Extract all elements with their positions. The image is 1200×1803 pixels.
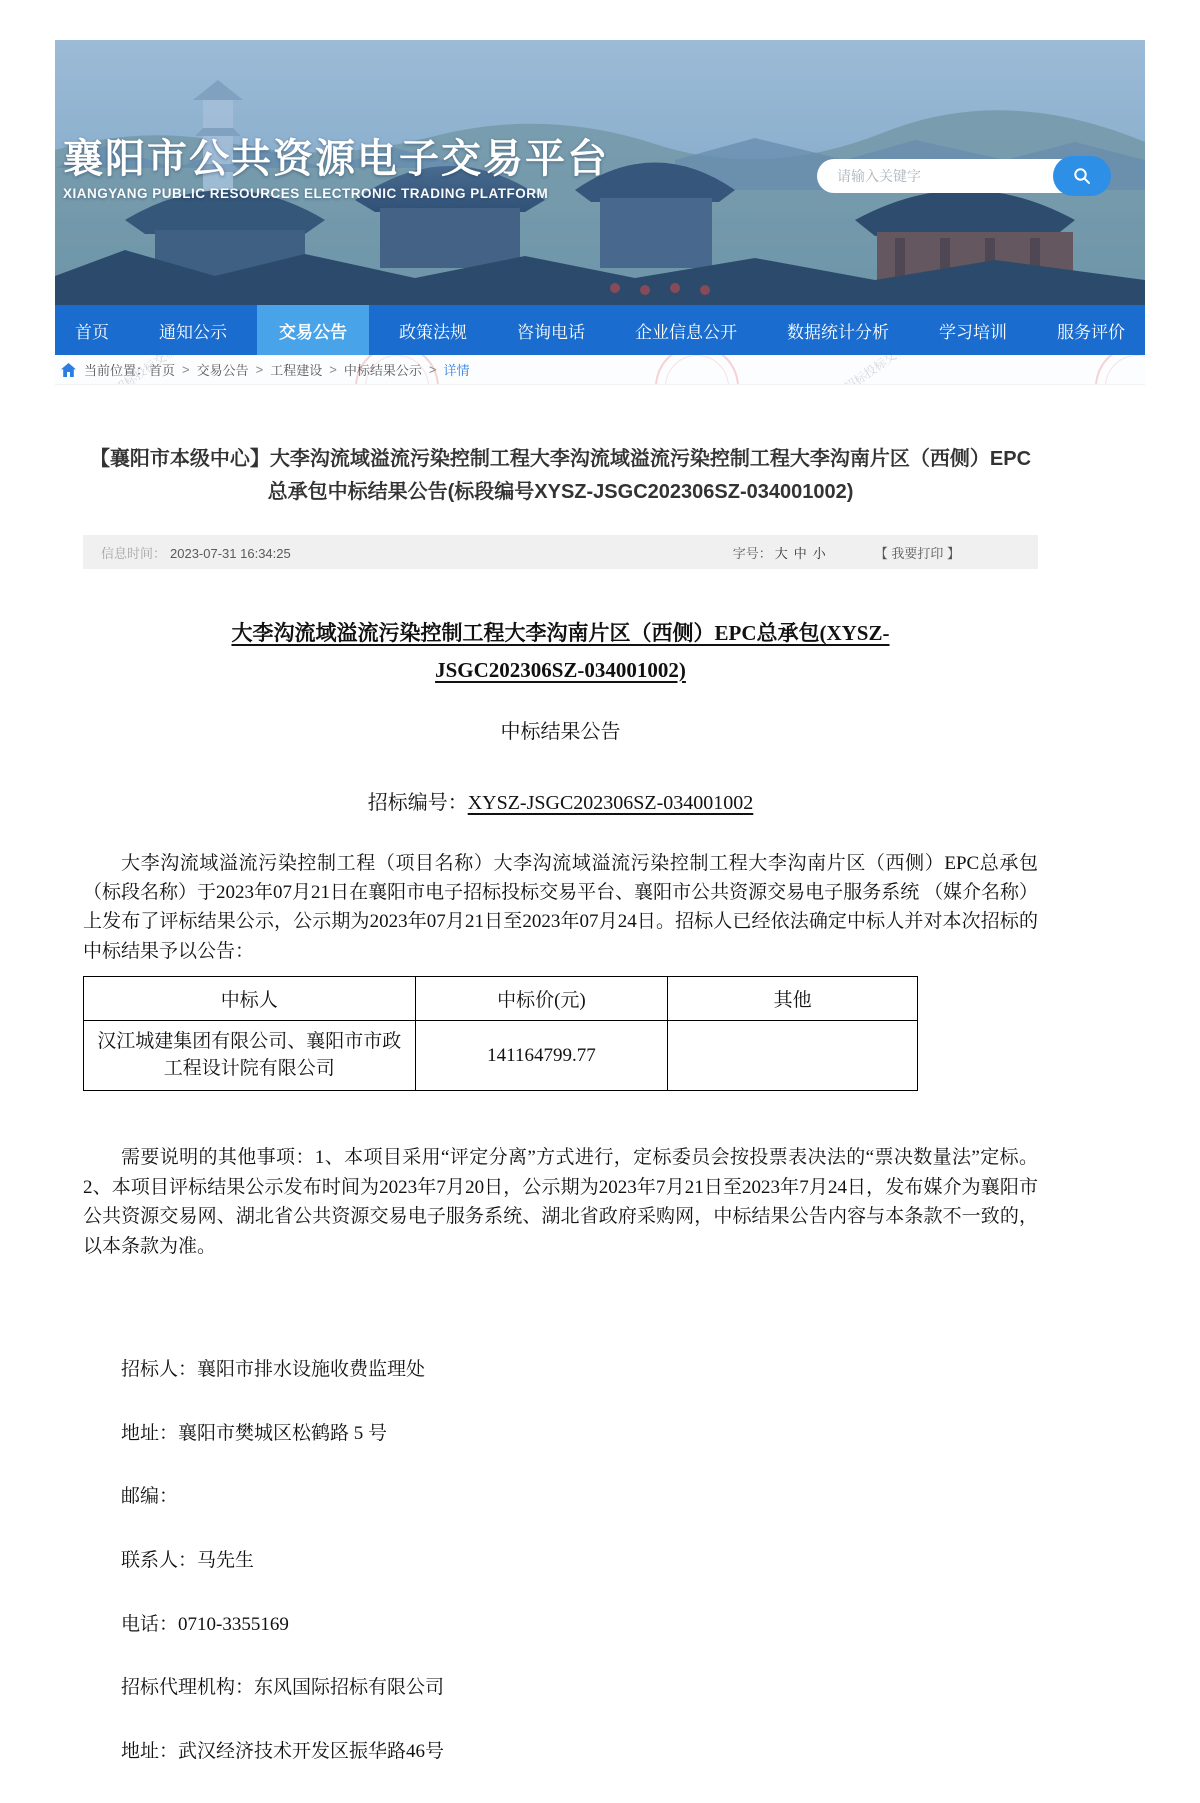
breadcrumb-item-detail[interactable]: 详情: [443, 360, 469, 379]
contact-agency-address: 地址：武汉经济技术开发区振华路46号: [83, 1739, 1038, 1765]
doc-subheading: 中标结果公告: [83, 715, 1038, 744]
font-size-small-button[interactable]: 小: [813, 543, 826, 562]
nav-item-home[interactable]: 首页: [55, 305, 129, 355]
nav-spacer: [1027, 305, 1037, 355]
winning-price-cell: 141164799.77: [415, 1021, 668, 1091]
meta-bar: 信息时间：2023-07-31 16:34:25 字号： 大 中 小 【 我要打…: [83, 535, 1038, 569]
bid-number-label: 招标编号：: [368, 792, 468, 814]
nav-spacer: [605, 305, 615, 355]
breadcrumb-item-engineering[interactable]: 工程建设: [270, 360, 322, 379]
table-header-row: 中标人 中标价(元) 其他: [84, 977, 918, 1021]
nav-spacer: [369, 305, 379, 355]
contact-phone: 电话：0710-3355169: [83, 1612, 1038, 1638]
table-header-other: 其他: [668, 977, 918, 1021]
winner-name-cell: 汉江城建集团有限公司、襄阳市市政工程设计院有限公司: [84, 1021, 416, 1091]
article: 【襄阳市本级中心】大李沟流域溢流污染控制工程大李沟流域溢流污染控制工程大李沟南片…: [83, 443, 1038, 1765]
search-bar: [817, 158, 1107, 194]
breadcrumb: 电子招标投标交易平台 电子招标投标交易平台 当前位置： 首页 > 交易公告 > …: [55, 355, 1145, 385]
nav-item-enterprise-info[interactable]: 企业信息公开: [615, 305, 757, 355]
document-body: 大李沟流域溢流污染控制工程大李沟南片区（西侧）EPC总承包(XYSZ-JSGC2…: [83, 615, 1038, 1765]
nav-item-statistics[interactable]: 数据统计分析: [767, 305, 909, 355]
nav-item-service-rating[interactable]: 服务评价: [1037, 305, 1145, 355]
info-time-label: 信息时间：: [101, 546, 166, 561]
notes-paragraph: 需要说明的其他事项：1、本项目采用“评定分离”方式进行，定标委员会按投票表决法的…: [83, 1143, 1038, 1261]
nav-item-trade-announcements[interactable]: 交易公告: [257, 305, 369, 355]
breadcrumb-separator: >: [256, 362, 264, 377]
site-logo: 襄阳市公共资源电子交易平台 XIANGYANG PUBLIC RESOURCES…: [63, 136, 609, 201]
table-row: 汉江城建集团有限公司、襄阳市市政工程设计院有限公司 141164799.77: [84, 1021, 918, 1091]
nav-spacer: [129, 305, 139, 355]
nav-item-notices[interactable]: 通知公示: [139, 305, 247, 355]
table-header-price: 中标价(元): [415, 977, 668, 1021]
nav-spacer: [757, 305, 767, 355]
main-nav: 首页 通知公示 交易公告 政策法规 咨询电话 企业信息公开 数据统计分析 学习培…: [55, 305, 1145, 355]
breadcrumb-item-bid-results[interactable]: 中标结果公示: [344, 360, 422, 379]
header-banner: 襄阳市公共资源电子交易平台 XIANGYANG PUBLIC RESOURCES…: [55, 40, 1145, 305]
contact-tenderer: 招标人：襄阳市排水设施收费监理处: [83, 1357, 1038, 1383]
other-cell: [668, 1021, 918, 1091]
contact-postcode: 邮编：: [83, 1484, 1038, 1510]
home-icon[interactable]: [61, 363, 76, 377]
font-size-label: 字号：: [733, 543, 772, 562]
contact-address: 地址：襄阳市樊城区松鹤路 5 号: [83, 1421, 1038, 1447]
watermark-text: 电子招标投标交易平台: [821, 355, 929, 385]
contact-agency: 招标代理机构：东风国际招标有限公司: [83, 1675, 1038, 1701]
table-header-winner: 中标人: [84, 977, 416, 1021]
watermark-stamp: [1095, 355, 1145, 385]
info-time: 信息时间：2023-07-31 16:34:25: [83, 543, 291, 562]
watermark-stamp: [655, 355, 739, 385]
font-size-medium-button[interactable]: 中: [794, 543, 807, 562]
breadcrumb-separator: >: [182, 362, 190, 377]
nav-item-policies[interactable]: 政策法规: [379, 305, 487, 355]
contact-block: 招标人：襄阳市排水设施收费监理处 地址：襄阳市樊城区松鹤路 5 号 邮编： 联系…: [83, 1357, 1038, 1764]
nav-spacer: [247, 305, 257, 355]
font-size-large-button[interactable]: 大: [775, 543, 788, 562]
breadcrumb-item-trade[interactable]: 交易公告: [197, 360, 249, 379]
search-icon: [1073, 167, 1091, 185]
bid-number-line: 招标编号：XYSZ-JSGC202306SZ-034001002: [83, 786, 1038, 815]
breadcrumb-separator: >: [329, 362, 337, 377]
site-title: 襄阳市公共资源电子交易平台: [63, 136, 609, 182]
nav-spacer: [487, 305, 497, 355]
doc-heading: 大李沟流域溢流污染控制工程大李沟南片区（西侧）EPC总承包(XYSZ-JSGC2…: [161, 615, 961, 689]
search-button[interactable]: [1053, 156, 1111, 196]
nav-item-training[interactable]: 学习培训: [919, 305, 1027, 355]
bid-number-value: XYSZ-JSGC202306SZ-034001002: [468, 792, 754, 814]
contact-person: 联系人：马先生: [83, 1548, 1038, 1574]
bid-result-table: 中标人 中标价(元) 其他 汉江城建集团有限公司、襄阳市市政工程设计院有限公司 …: [83, 976, 918, 1091]
print-button[interactable]: 【 我要打印 】: [875, 543, 960, 562]
site-subtitle: XIANGYANG PUBLIC RESOURCES ELECTRONIC TR…: [63, 186, 609, 201]
nav-spacer: [909, 305, 919, 355]
info-time-value: 2023-07-31 16:34:25: [170, 546, 291, 561]
page-title: 【襄阳市本级中心】大李沟流域溢流污染控制工程大李沟流域溢流污染控制工程大李沟南片…: [83, 443, 1038, 509]
nav-item-consult-phone[interactable]: 咨询电话: [497, 305, 605, 355]
breadcrumb-item-home[interactable]: 首页: [149, 360, 175, 379]
breadcrumb-separator: >: [429, 362, 437, 377]
announcement-paragraph: 大李沟流域溢流污染控制工程（项目名称）大李沟流域溢流污染控制工程大李沟南片区（西…: [83, 849, 1038, 967]
page-container: 襄阳市公共资源电子交易平台 XIANGYANG PUBLIC RESOURCES…: [55, 0, 1145, 1765]
breadcrumb-label: 当前位置：: [84, 360, 149, 379]
